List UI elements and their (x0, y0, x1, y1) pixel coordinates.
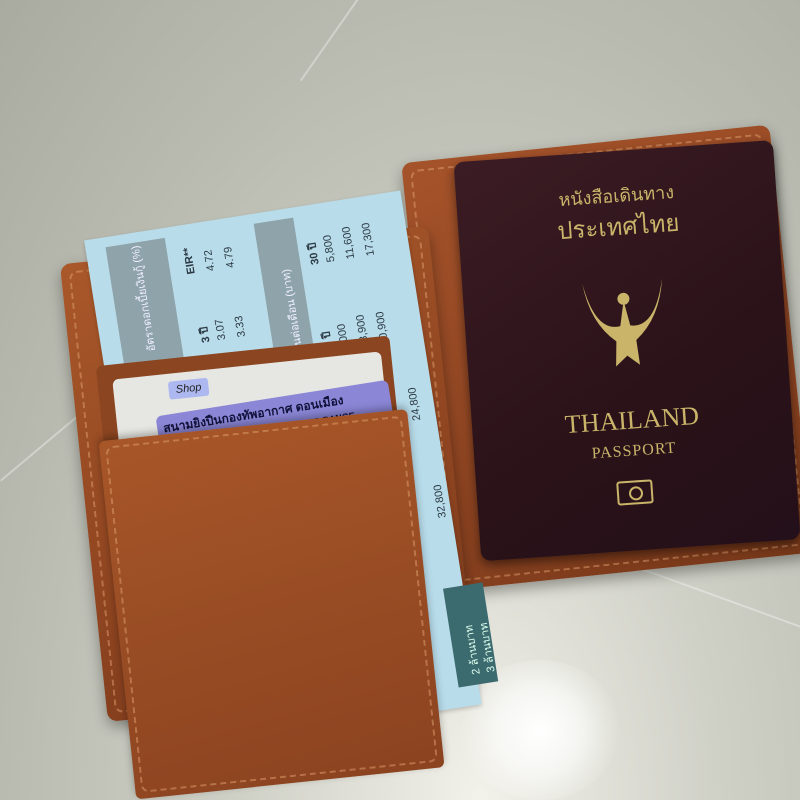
floor-tile-line (300, 0, 382, 81)
slip-rate-3yr: 3.07 (213, 318, 228, 341)
slip-col-eir: EIR** (182, 247, 198, 275)
e-passport-chip-icon (616, 479, 654, 505)
thai-passport: หนังสือเดินทาง ประเทศไทย THAILAND PASSPO… (453, 140, 800, 561)
slip-installment: 24,800 (406, 386, 423, 421)
slip-installment: 17,300 (360, 222, 377, 257)
slip-rate-3yr: 3.33 (233, 315, 248, 338)
slip-installment: 32,800 (432, 484, 449, 519)
stitching (105, 416, 438, 793)
slip-installment: 11,600 (340, 226, 357, 260)
slip-col-30yr: 30 ปี (302, 241, 323, 266)
passport-wallet: อัตราดอกเบี้ยเงินกู้ (%) 3 ปี EIR** หลัง… (50, 93, 800, 767)
slip-rate-eir: 4.79 (222, 246, 237, 269)
garuda-emblem-icon (572, 267, 679, 384)
card-pocket (99, 409, 445, 799)
slip-installment: 5,800 (321, 234, 337, 263)
wallet-left-panel: อัตราดอกเบี้ยเงินกู้ (%) 3 ปี EIR** หลัง… (60, 226, 476, 722)
slip-col-3yr: 3 ปี (194, 325, 214, 344)
slip-rate-eir: 4.72 (202, 249, 217, 272)
